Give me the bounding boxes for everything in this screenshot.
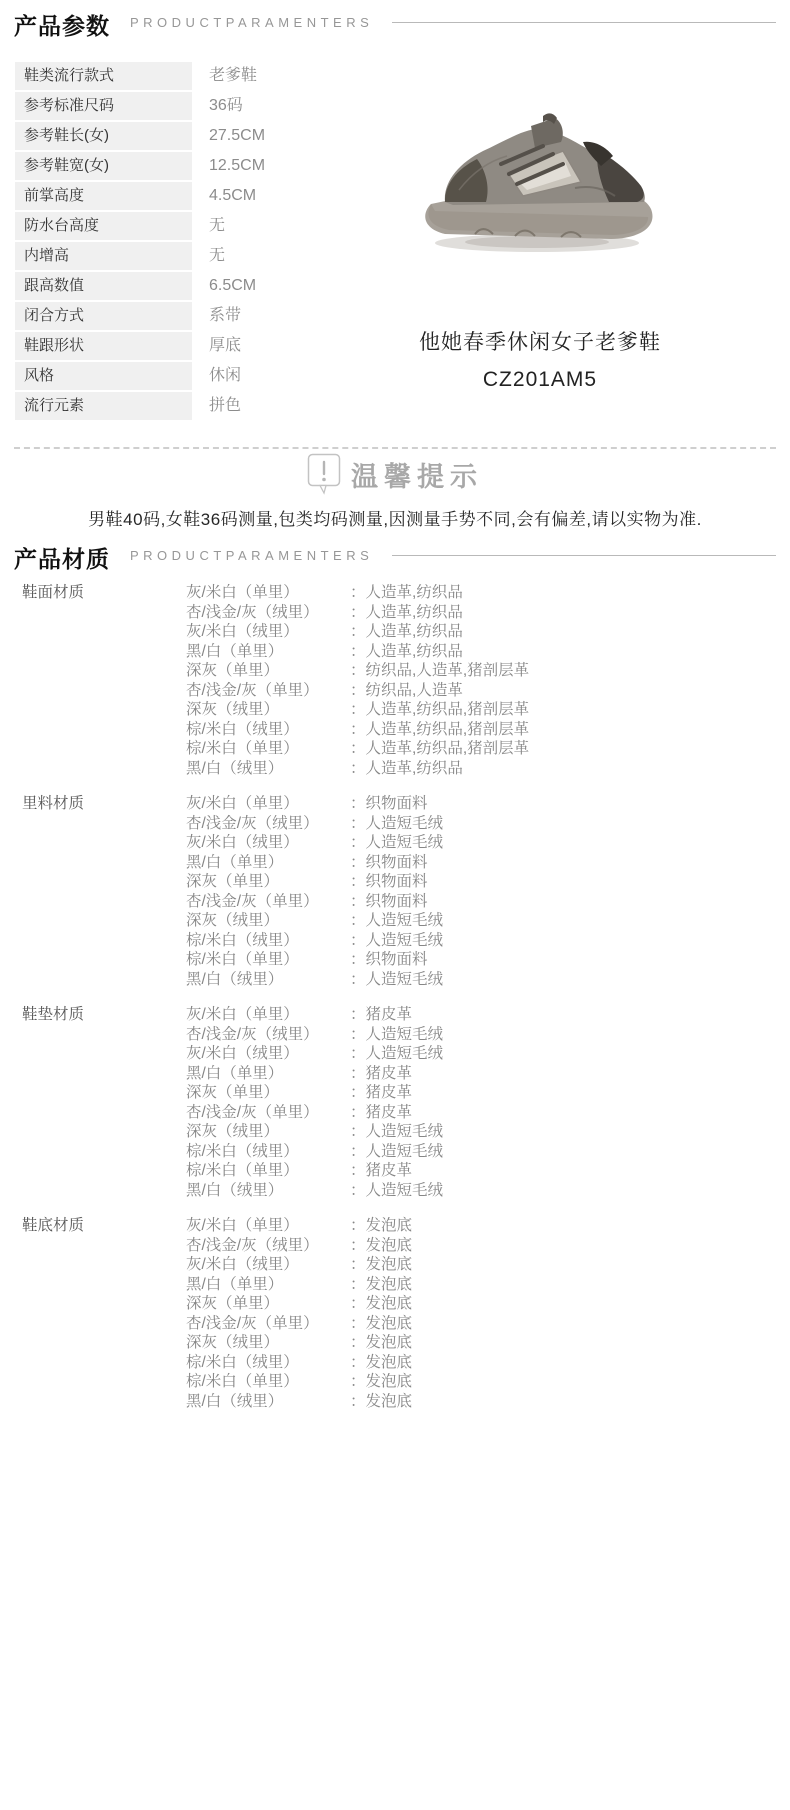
material-value: 织物面料	[366, 854, 428, 871]
material-row: 棕/米白（绒里）：发泡底	[186, 1353, 790, 1373]
material-separator: ：	[350, 701, 366, 718]
material-row: 灰/米白（绒里）：人造短毛绒	[186, 833, 790, 853]
exclamation-bubble-icon	[307, 453, 341, 495]
param-label: 鞋类流行款式	[15, 62, 192, 90]
material-row: 灰/米白（单里）：猪皮革	[186, 1005, 790, 1025]
material-value: 发泡底	[366, 1373, 413, 1390]
material-value: 人造革,纺织品	[366, 623, 463, 640]
material-value: 人造革,纺织品	[366, 643, 463, 660]
material-variant: 黑/白（单里）	[186, 1064, 350, 1084]
product-detail-page: 产品参数 PRODUCTPARAMENTERS 鞋类流行款式 老爹鞋 参考标准尺…	[0, 0, 790, 1810]
material-separator: ：	[350, 1162, 366, 1179]
param-value: 4.5CM	[192, 182, 256, 210]
material-separator: ：	[350, 1276, 366, 1293]
material-rows: 灰/米白（单里）：发泡底 杏/浅金/灰（绒里）：发泡底 灰/米白（绒里）：发泡底…	[186, 1216, 790, 1411]
material-row: 棕/米白（单里）：织物面料	[186, 950, 790, 970]
material-separator: ：	[350, 1084, 366, 1101]
material-variant: 杏/浅金/灰（绒里）	[186, 814, 350, 834]
material-variant: 棕/米白（单里）	[186, 739, 350, 759]
materials-groups: 鞋面材质 灰/米白（单里）：人造革,纺织品 杏/浅金/灰（绒里）：人造革,纺织品…	[0, 583, 790, 1427]
param-value: 12.5CM	[192, 152, 265, 180]
param-label: 风格	[15, 362, 192, 390]
material-row: 深灰（单里）：织物面料	[186, 872, 790, 892]
params-section-title: 产品参数	[14, 13, 110, 39]
material-value: 猪皮革	[366, 1084, 413, 1101]
param-label: 参考标准尺码	[15, 92, 192, 120]
material-row: 杏/浅金/灰（单里）：发泡底	[186, 1314, 790, 1334]
material-separator: ：	[350, 815, 366, 832]
material-row: 深灰（单里）：纺织品,人造革,猪剖层革	[186, 661, 790, 681]
param-value: 休闲	[192, 362, 241, 390]
material-value: 发泡底	[366, 1315, 413, 1332]
material-variant: 灰/米白（单里）	[186, 583, 350, 603]
material-variant: 杏/浅金/灰（单里）	[186, 1103, 350, 1123]
material-separator: ：	[350, 1217, 366, 1234]
material-row: 黑/白（绒里）：人造革,纺织品	[186, 759, 790, 779]
material-row: 黑/白（绒里）：人造短毛绒	[186, 1181, 790, 1201]
material-separator: ：	[350, 1237, 366, 1254]
product-model: CZ201AM5	[310, 368, 770, 392]
material-row: 黑/白（绒里）：发泡底	[186, 1392, 790, 1412]
material-value: 人造革,纺织品	[366, 760, 463, 777]
material-separator: ：	[350, 932, 366, 949]
material-separator: ：	[350, 682, 366, 699]
material-separator: ：	[350, 1354, 366, 1371]
material-value: 发泡底	[366, 1217, 413, 1234]
material-row: 杏/浅金/灰（绒里）：人造革,纺织品	[186, 603, 790, 623]
material-row: 棕/米白（绒里）：人造短毛绒	[186, 1142, 790, 1162]
notice-header: 温馨提示	[0, 453, 790, 495]
material-variant: 棕/米白（单里）	[186, 950, 350, 970]
material-value: 人造短毛绒	[366, 1143, 444, 1160]
material-row: 灰/米白（绒里）：发泡底	[186, 1255, 790, 1275]
param-value: 6.5CM	[192, 272, 256, 300]
material-variant: 杏/浅金/灰（单里）	[186, 1314, 350, 1334]
material-variant: 深灰（单里）	[186, 872, 350, 892]
dashed-divider	[14, 447, 776, 449]
param-value: 无	[192, 242, 225, 270]
material-variant: 灰/米白（绒里）	[186, 1044, 350, 1064]
material-value: 人造短毛绒	[366, 932, 444, 949]
material-variant: 黑/白（绒里）	[186, 759, 350, 779]
material-separator: ：	[350, 834, 366, 851]
material-separator: ：	[350, 643, 366, 660]
material-rows: 灰/米白（单里）：人造革,纺织品 杏/浅金/灰（绒里）：人造革,纺织品 灰/米白…	[186, 583, 790, 778]
material-group: 鞋垫材质 灰/米白（单里）：猪皮革 杏/浅金/灰（绒里）：人造短毛绒 灰/米白（…	[0, 1005, 790, 1200]
material-row: 灰/米白（单里）：织物面料	[186, 794, 790, 814]
material-row: 黑/白（单里）：人造革,纺织品	[186, 642, 790, 662]
material-group-label: 鞋面材质	[0, 583, 186, 778]
material-separator: ：	[350, 1026, 366, 1043]
material-variant: 深灰（绒里）	[186, 1333, 350, 1353]
param-value: 厚底	[192, 332, 241, 360]
material-value: 纺织品,人造革,猪剖层革	[366, 662, 530, 679]
material-separator: ：	[350, 893, 366, 910]
material-row: 棕/米白（绒里）：人造短毛绒	[186, 931, 790, 951]
material-row: 深灰（绒里）：发泡底	[186, 1333, 790, 1353]
material-variant: 杏/浅金/灰（绒里）	[186, 603, 350, 623]
material-row: 棕/米白（单里）：猪皮革	[186, 1161, 790, 1181]
material-row: 灰/米白（绒里）：人造革,纺织品	[186, 622, 790, 642]
material-variant: 棕/米白（绒里）	[186, 931, 350, 951]
material-variant: 深灰（单里）	[186, 1294, 350, 1314]
header-rule	[392, 555, 776, 556]
material-value: 人造革,纺织品,猪剖层革	[366, 740, 530, 757]
material-variant: 灰/米白（绒里）	[186, 833, 350, 853]
material-row: 灰/米白（绒里）：人造短毛绒	[186, 1044, 790, 1064]
param-label: 内增高	[15, 242, 192, 270]
material-variant: 黑/白（单里）	[186, 1275, 350, 1295]
material-value: 发泡底	[366, 1295, 413, 1312]
material-separator: ：	[350, 662, 366, 679]
material-value: 人造短毛绒	[366, 834, 444, 851]
material-separator: ：	[350, 1104, 366, 1121]
header-rule	[392, 22, 776, 23]
material-row: 黑/白（单里）：发泡底	[186, 1275, 790, 1295]
material-separator: ：	[350, 1006, 366, 1023]
materials-section-header: 产品材质 PRODUCTPARAMENTERS	[14, 541, 776, 571]
param-row: 流行元素 拼色	[15, 392, 385, 420]
material-row: 棕/米白（单里）：人造革,纺织品,猪剖层革	[186, 739, 790, 759]
materials-section-subtitle: PRODUCTPARAMENTERS	[130, 548, 373, 563]
material-variant: 棕/米白（单里）	[186, 1161, 350, 1181]
material-separator: ：	[350, 1143, 366, 1160]
param-label: 流行元素	[15, 392, 192, 420]
material-separator: ：	[350, 912, 366, 929]
material-group: 鞋底材质 灰/米白（单里）：发泡底 杏/浅金/灰（绒里）：发泡底 灰/米白（绒里…	[0, 1216, 790, 1411]
material-row: 深灰（绒里）：人造短毛绒	[186, 1122, 790, 1142]
material-row: 棕/米白（绒里）：人造革,纺织品,猪剖层革	[186, 720, 790, 740]
material-separator: ：	[350, 951, 366, 968]
param-label: 前掌高度	[15, 182, 192, 210]
material-value: 猪皮革	[366, 1162, 413, 1179]
material-variant: 深灰（单里）	[186, 1083, 350, 1103]
material-row: 杏/浅金/灰（绒里）：人造短毛绒	[186, 814, 790, 834]
param-label: 闭合方式	[15, 302, 192, 330]
material-group-label: 鞋底材质	[0, 1216, 186, 1411]
material-value: 人造革,纺织品,猪剖层革	[366, 701, 530, 718]
material-row: 杏/浅金/灰（绒里）：人造短毛绒	[186, 1025, 790, 1045]
material-row: 灰/米白（单里）：发泡底	[186, 1216, 790, 1236]
material-separator: ：	[350, 1334, 366, 1351]
materials-section-title: 产品材质	[14, 546, 110, 572]
material-value: 人造短毛绒	[366, 912, 444, 929]
material-variant: 灰/米白（单里）	[186, 794, 350, 814]
material-separator: ：	[350, 1256, 366, 1273]
material-value: 发泡底	[366, 1237, 413, 1254]
material-row: 深灰（单里）：猪皮革	[186, 1083, 790, 1103]
material-value: 猪皮革	[366, 1104, 413, 1121]
material-separator: ：	[350, 604, 366, 621]
param-value: 老爹鞋	[192, 62, 257, 90]
product-panel: 他她春季休闲女子老爹鞋 CZ201AM5	[310, 62, 770, 392]
material-row: 灰/米白（单里）：人造革,纺织品	[186, 583, 790, 603]
material-variant: 灰/米白（单里）	[186, 1005, 350, 1025]
param-label: 跟高数值	[15, 272, 192, 300]
material-group: 鞋面材质 灰/米白（单里）：人造革,纺织品 杏/浅金/灰（绒里）：人造革,纺织品…	[0, 583, 790, 778]
param-label: 鞋跟形状	[15, 332, 192, 360]
material-variant: 灰/米白（单里）	[186, 1216, 350, 1236]
product-name: 他她春季休闲女子老爹鞋	[310, 326, 770, 356]
material-separator: ：	[350, 1315, 366, 1332]
material-value: 织物面料	[366, 893, 428, 910]
sneaker-illustration	[415, 90, 665, 260]
material-variant: 棕/米白（绒里）	[186, 1142, 350, 1162]
material-value: 发泡底	[366, 1334, 413, 1351]
material-variant: 黑/白（单里）	[186, 853, 350, 873]
material-row: 深灰（单里）：发泡底	[186, 1294, 790, 1314]
params-section-header: 产品参数 PRODUCTPARAMENTERS	[14, 8, 776, 38]
material-value: 人造革,纺织品	[366, 584, 463, 601]
material-value: 人造革,纺织品	[366, 604, 463, 621]
material-row: 深灰（绒里）：人造短毛绒	[186, 911, 790, 931]
material-variant: 杏/浅金/灰（绒里）	[186, 1236, 350, 1256]
material-separator: ：	[350, 623, 366, 640]
material-separator: ：	[350, 1295, 366, 1312]
material-value: 发泡底	[366, 1276, 413, 1293]
material-value: 人造短毛绒	[366, 815, 444, 832]
material-row: 杏/浅金/灰（单里）：织物面料	[186, 892, 790, 912]
material-value: 人造短毛绒	[366, 1182, 444, 1199]
material-row: 深灰（绒里）：人造革,纺织品,猪剖层革	[186, 700, 790, 720]
material-variant: 深灰（绒里）	[186, 911, 350, 931]
material-variant: 棕/米白（绒里）	[186, 720, 350, 740]
material-variant: 杏/浅金/灰（绒里）	[186, 1025, 350, 1045]
param-value: 无	[192, 212, 225, 240]
material-separator: ：	[350, 1182, 366, 1199]
param-label: 防水台高度	[15, 212, 192, 240]
param-value: 系带	[192, 302, 241, 330]
material-value: 人造短毛绒	[366, 1045, 444, 1062]
material-variant: 黑/白（单里）	[186, 642, 350, 662]
material-value: 人造短毛绒	[366, 1123, 444, 1140]
material-value: 织物面料	[366, 873, 428, 890]
material-row: 杏/浅金/灰（单里）：纺织品,人造革	[186, 681, 790, 701]
material-row: 黑/白（绒里）：人造短毛绒	[186, 970, 790, 990]
material-separator: ：	[350, 1065, 366, 1082]
param-value: 36码	[192, 92, 243, 120]
material-variant: 黑/白（绒里）	[186, 1392, 350, 1412]
material-value: 人造革,纺织品,猪剖层革	[366, 721, 530, 738]
material-value: 人造短毛绒	[366, 1026, 444, 1043]
material-value: 猪皮革	[366, 1065, 413, 1082]
material-group-label: 里料材质	[0, 794, 186, 989]
param-value: 27.5CM	[192, 122, 265, 150]
material-variant: 黑/白（绒里）	[186, 970, 350, 990]
material-row: 棕/米白（单里）：发泡底	[186, 1372, 790, 1392]
material-separator: ：	[350, 854, 366, 871]
material-value: 织物面料	[366, 795, 428, 812]
material-value: 发泡底	[366, 1256, 413, 1273]
material-row: 黑/白（单里）：猪皮革	[186, 1064, 790, 1084]
notice-body: 男鞋40码,女鞋36码测量,包类均码测量,因测量手势不同,会有偏差,请以实物为准…	[0, 505, 790, 530]
product-image	[415, 90, 665, 290]
material-variant: 棕/米白（绒里）	[186, 1353, 350, 1373]
notice-title: 温馨提示	[351, 455, 483, 494]
material-variant: 深灰（绒里）	[186, 1122, 350, 1142]
params-section-subtitle: PRODUCTPARAMENTERS	[130, 15, 373, 30]
material-variant: 深灰（单里）	[186, 661, 350, 681]
material-separator: ：	[350, 740, 366, 757]
material-row: 杏/浅金/灰（单里）：猪皮革	[186, 1103, 790, 1123]
material-separator: ：	[350, 721, 366, 738]
param-label: 参考鞋宽(女)	[15, 152, 192, 180]
material-group: 里料材质 灰/米白（单里）：织物面料 杏/浅金/灰（绒里）：人造短毛绒 灰/米白…	[0, 794, 790, 989]
material-variant: 杏/浅金/灰（单里）	[186, 892, 350, 912]
param-label: 参考鞋长(女)	[15, 122, 192, 150]
material-variant: 杏/浅金/灰（单里）	[186, 681, 350, 701]
material-separator: ：	[350, 795, 366, 812]
param-value: 拼色	[192, 392, 241, 420]
material-value: 猪皮革	[366, 1006, 413, 1023]
material-separator: ：	[350, 873, 366, 890]
material-variant: 深灰（绒里）	[186, 700, 350, 720]
material-rows: 灰/米白（单里）：织物面料 杏/浅金/灰（绒里）：人造短毛绒 灰/米白（绒里）：…	[186, 794, 790, 989]
material-variant: 黑/白（绒里）	[186, 1181, 350, 1201]
material-value: 织物面料	[366, 951, 428, 968]
material-value: 发泡底	[366, 1354, 413, 1371]
material-variant: 灰/米白（绒里）	[186, 1255, 350, 1275]
material-value: 纺织品,人造革	[366, 682, 463, 699]
material-separator: ：	[350, 1123, 366, 1140]
material-rows: 灰/米白（单里）：猪皮革 杏/浅金/灰（绒里）：人造短毛绒 灰/米白（绒里）：人…	[186, 1005, 790, 1200]
material-value: 发泡底	[366, 1393, 413, 1410]
material-separator: ：	[350, 584, 366, 601]
material-separator: ：	[350, 1393, 366, 1410]
material-separator: ：	[350, 1373, 366, 1390]
material-variant: 棕/米白（单里）	[186, 1372, 350, 1392]
material-group-label: 鞋垫材质	[0, 1005, 186, 1200]
material-value: 人造短毛绒	[366, 971, 444, 988]
material-separator: ：	[350, 1045, 366, 1062]
material-separator: ：	[350, 760, 366, 777]
material-row: 杏/浅金/灰（绒里）：发泡底	[186, 1236, 790, 1256]
material-row: 黑/白（单里）：织物面料	[186, 853, 790, 873]
material-separator: ：	[350, 971, 366, 988]
material-variant: 灰/米白（绒里）	[186, 622, 350, 642]
